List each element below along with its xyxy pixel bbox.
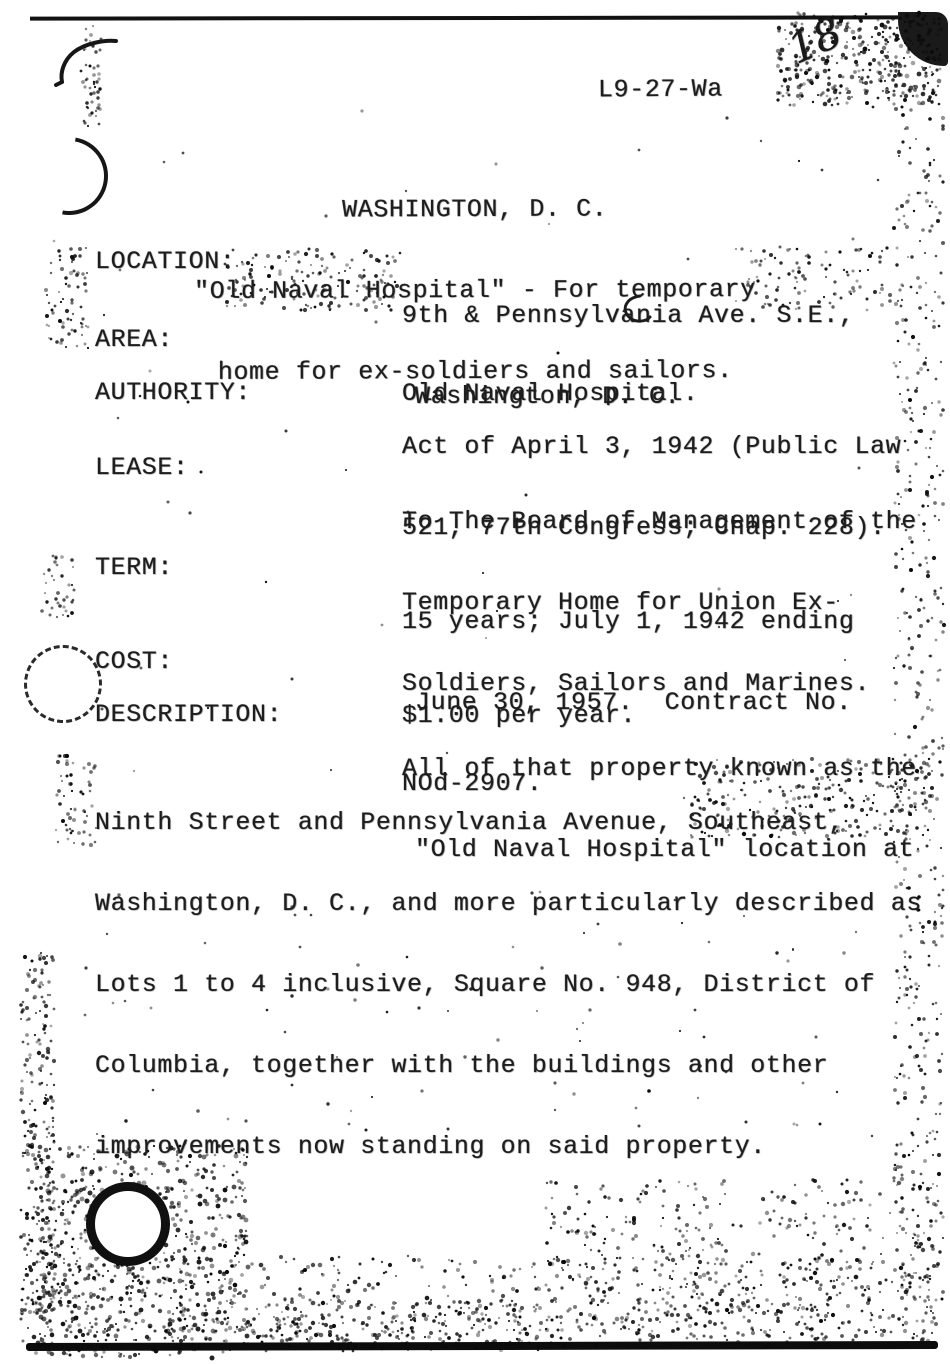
scan-corner-smudge (898, 12, 948, 66)
field-label-authority: AUTHORITY: (95, 379, 251, 406)
scan-noise-right-edge (893, 60, 895, 62)
file-reference-number: L9-27-Wa (598, 76, 723, 104)
scan-noise-left-margin (45, 240, 47, 242)
document-page: L9-27-Wa 18 WASHINGTON, D. C. "Old Naval… (0, 0, 950, 1364)
scan-grain (100, 100, 102, 102)
field-label-lease: LEASE: (95, 454, 189, 481)
value-line: To The Board of Management of the (402, 508, 917, 535)
field-label-location: LOCATION: (95, 248, 235, 275)
description-line: Columbia, together with the buildings an… (95, 1052, 922, 1079)
field-label-cost: COST: (95, 648, 173, 675)
description-continuation: Ninth Street and Pennsylvania Avenue, So… (95, 755, 922, 1214)
scan-band-bottom (30, 1255, 32, 1257)
scan-noise-left-top (80, 25, 82, 27)
description-line: Lots 1 to 4 inclusive, Square No. 948, D… (95, 971, 922, 998)
description-line: Washington, D. C., and more particularly… (95, 890, 922, 917)
description-line: improvements now standing on said proper… (95, 1133, 922, 1160)
value-line: 15 years; July 1, 1942 ending (402, 608, 854, 635)
description-line: Ninth Street and Pennsylvania Avenue, So… (95, 809, 922, 836)
field-label-area: AREA: (95, 326, 173, 353)
scan-scatter-mid (80, 890, 82, 892)
field-term: TERM: 15 years; July 1, 1942 ending June… (0, 554, 950, 662)
scan-noise-left-low (20, 950, 22, 952)
pen-squiggle-icon (50, 30, 130, 88)
title-line-1: WASHINGTON, D. C. (100, 195, 850, 225)
scan-edge-top-line (30, 15, 918, 20)
field-label-description: DESCRIPTION: (95, 701, 282, 728)
scan-edge-bottom-line (26, 1341, 938, 1351)
value-line: 9th & Pennsylvania Ave. S.E., (402, 302, 854, 329)
scan-noise-top-right (775, 12, 777, 14)
field-label-term: TERM: (95, 554, 173, 581)
scan-blob-bottom-left (35, 1145, 37, 1147)
scan-band-bottom-mid (240, 1298, 242, 1300)
field-lease: LEASE: To The Board of Management of the… (0, 454, 950, 562)
